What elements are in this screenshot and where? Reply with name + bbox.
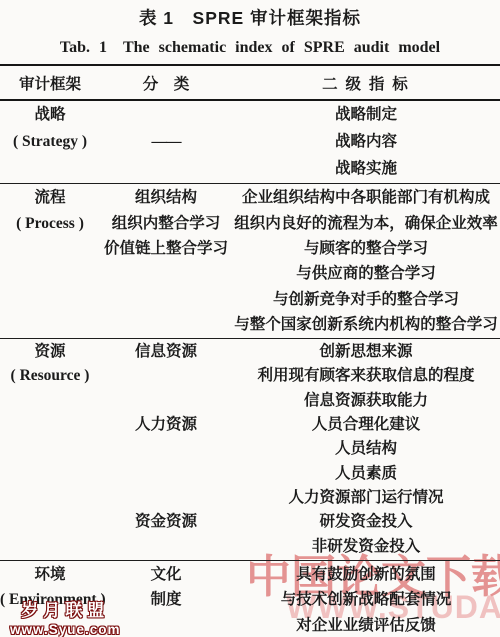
header-indicators: 二 级 指 标 bbox=[232, 72, 500, 94]
indicator-line: 具有鼓励创新的氛围 bbox=[232, 562, 500, 588]
indicator-line: 人员合理化建议 bbox=[232, 413, 500, 437]
framework-cell: 战略( Strategy ) bbox=[0, 102, 100, 182]
category-line: 文化 bbox=[100, 562, 232, 588]
category-line: 组织结构 bbox=[100, 185, 232, 210]
framework-cell: 流程( Process ) bbox=[0, 185, 100, 337]
table-section: 资源( Resource )信息资源人力资源资金资源创新思想来源利用现有顾客来获… bbox=[0, 339, 500, 561]
indicator-line: 与整个国家创新系统内机构的整合学习 bbox=[232, 312, 500, 337]
framework-line: 流程 bbox=[0, 185, 100, 210]
framework-cell: 环境( Environment ) bbox=[0, 562, 100, 637]
indicator-line: 人员素质 bbox=[232, 462, 500, 486]
indicator-line: 创新思想来源 bbox=[232, 340, 500, 364]
table-body: 战略( Strategy )——战略制定战略内容战略实施流程( Process … bbox=[0, 101, 500, 637]
indicator-line: 信息资源获取能力 bbox=[232, 389, 500, 413]
category-line: 组织内整合学习 bbox=[100, 211, 232, 236]
table-title-zh: 表 1 SPRE 审计框架指标 bbox=[0, 0, 500, 30]
category-line: 制度 bbox=[100, 587, 232, 613]
category-cell: 文化制度 bbox=[100, 562, 232, 637]
indicator-line: 与供应商的整合学习 bbox=[232, 261, 500, 286]
indicator-line: 组织内良好的流程为本，确保企业效率 bbox=[232, 211, 500, 236]
category-line: 人力资源 bbox=[100, 413, 232, 437]
scanned-table-page: 表 1 SPRE 审计框架指标 Tab. 1 The schematic ind… bbox=[0, 0, 500, 637]
framework-line: ( Strategy ) bbox=[0, 129, 100, 156]
indicator-cell: 战略制定战略内容战略实施 bbox=[232, 102, 500, 182]
indicator-line: 战略制定 bbox=[232, 102, 500, 129]
framework-cell: 资源( Resource ) bbox=[0, 340, 100, 559]
table-section: 战略( Strategy )——战略制定战略内容战略实施 bbox=[0, 101, 500, 184]
indicator-line: 非研发资金投入 bbox=[232, 535, 500, 559]
framework-line: 环境 bbox=[0, 562, 100, 588]
indicator-line: 人力资源部门运行情况 bbox=[232, 486, 500, 510]
category-cell: 信息资源人力资源资金资源 bbox=[100, 340, 232, 559]
category-cell: 组织结构组织内整合学习价值链上整合学习 bbox=[100, 185, 232, 337]
indicator-line: 与技术创新战略配套情况 bbox=[232, 587, 500, 613]
indicator-cell: 企业组织结构中各职能部门有机构成组织内良好的流程为本，确保企业效率与顾客的整合学… bbox=[232, 185, 500, 337]
header-category: 分 类 bbox=[100, 72, 232, 94]
framework-line: ( Process ) bbox=[0, 211, 100, 236]
indicator-line: 人员结构 bbox=[232, 437, 500, 461]
category-line: 价值链上整合学习 bbox=[100, 236, 232, 261]
table-section: 流程( Process )组织结构组织内整合学习价值链上整合学习企业组织结构中各… bbox=[0, 184, 500, 339]
indicator-line: 战略实施 bbox=[232, 156, 500, 183]
category-cell: —— bbox=[100, 102, 232, 182]
framework-line: 战略 bbox=[0, 102, 100, 129]
framework-line: 资源 bbox=[0, 340, 100, 364]
audit-framework-table: 审计框架 分 类 二 级 指 标 战略( Strategy )——战略制定战略内… bbox=[0, 64, 500, 637]
indicator-line: 对企业业绩评估反馈 bbox=[232, 613, 500, 637]
indicator-cell: 创新思想来源利用现有顾客来获取信息的程度信息资源获取能力人员合理化建议人员结构人… bbox=[232, 340, 500, 559]
category-line: 资金资源 bbox=[100, 510, 232, 534]
indicator-line: 利用现有顾客来获取信息的程度 bbox=[232, 364, 500, 388]
category-line: —— bbox=[100, 129, 232, 156]
indicator-line: 企业组织结构中各职能部门有机构成 bbox=[232, 185, 500, 210]
header-framework: 审计框架 bbox=[0, 72, 100, 94]
indicator-line: 研发资金投入 bbox=[232, 510, 500, 534]
table-title-en: Tab. 1 The schematic index of SPRE audit… bbox=[0, 34, 500, 57]
table-section: 环境( Environment )文化制度具有鼓励创新的氛围与技术创新战略配套情… bbox=[0, 561, 500, 637]
indicator-line: 与创新竞争对手的整合学习 bbox=[232, 287, 500, 312]
indicator-line: 战略内容 bbox=[232, 129, 500, 156]
indicator-line: 与顾客的整合学习 bbox=[232, 236, 500, 261]
table-header-row: 审计框架 分 类 二 级 指 标 bbox=[0, 64, 500, 101]
framework-line: ( Environment ) bbox=[0, 587, 100, 613]
framework-line: ( Resource ) bbox=[0, 364, 100, 388]
indicator-cell: 具有鼓励创新的氛围与技术创新战略配套情况对企业业绩评估反馈 bbox=[232, 562, 500, 637]
category-line: 信息资源 bbox=[100, 340, 232, 364]
